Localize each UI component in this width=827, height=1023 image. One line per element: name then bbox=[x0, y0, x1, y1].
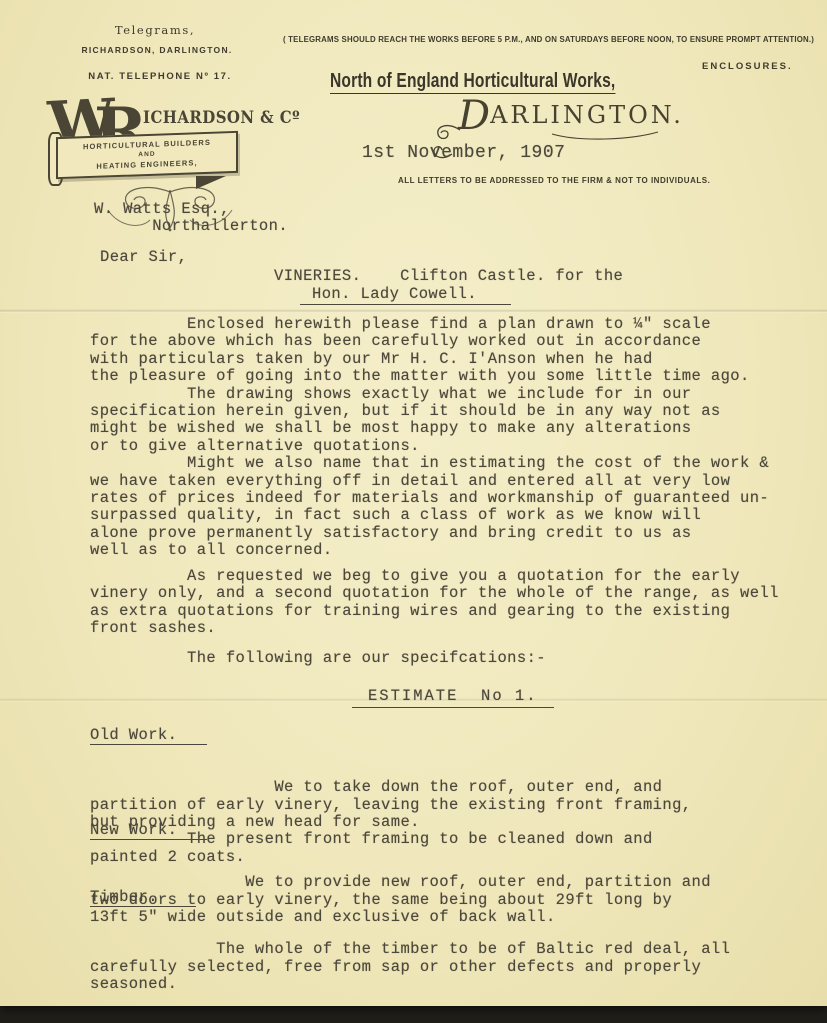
body-paragraph-quotation: As requested we beg to give you a quotat… bbox=[90, 568, 779, 638]
city-name: DARLINGTON. bbox=[458, 98, 684, 134]
city-underline-flourish-icon bbox=[550, 128, 660, 142]
body-paragraphs-1: Enclosed herewith please find a plan dra… bbox=[90, 316, 769, 560]
letters-notice: ALL LETTERS TO BE ADDRESSED TO THE FIRM … bbox=[398, 176, 710, 185]
section-old-work-label: Old Work. bbox=[90, 727, 207, 745]
estimate-heading: ESTIMATE No 1. bbox=[352, 688, 554, 705]
logo-company-name: ICHARDSON & Cº bbox=[143, 108, 300, 128]
specifications-intro: The following are our specifcations:- bbox=[90, 650, 546, 667]
telegrams-address: RICHARDSON, DARLINGTON. bbox=[62, 45, 252, 55]
section-timber-label: Timber. bbox=[90, 889, 196, 907]
letter-date: 1st November, 1907 bbox=[362, 145, 565, 162]
enclosures-label: ENCLOSURES. bbox=[702, 61, 793, 72]
dispatch-notice: ( TELEGRAMS SHOULD REACH THE WORKS BEFOR… bbox=[283, 35, 783, 44]
works-title: North of England Horticultural Works, bbox=[330, 70, 615, 93]
subject-line2: Hon. Lady Cowell. bbox=[300, 286, 511, 303]
salutation: Dear Sir, bbox=[100, 249, 187, 266]
section-timber: Timber. The whole of the timber to be of… bbox=[90, 889, 730, 1023]
logo-banner: HORTICULTURAL BUILDERS AND HEATING ENGIN… bbox=[56, 131, 238, 179]
city-rest: ARLINGTON. bbox=[490, 101, 684, 129]
section-timber-text: The whole of the timber to be of Baltic … bbox=[90, 941, 730, 993]
letter-paper: Telegrams, RICHARDSON, DARLINGTON. NAT. … bbox=[0, 0, 827, 1006]
scan-background: Telegrams, RICHARDSON, DARLINGTON. NAT. … bbox=[0, 0, 827, 1023]
subject-line1: VINERIES. Clifton Castle. for the bbox=[274, 268, 623, 285]
telegrams-label: Telegrams, bbox=[100, 23, 210, 37]
paper-crease bbox=[0, 309, 827, 313]
addressee-block: W. Watts Esq., Northallerton. bbox=[94, 201, 288, 236]
section-new-work-label: New Work. bbox=[90, 822, 207, 840]
telephone-number: NAT. TELEPHONE Nº 17. bbox=[70, 71, 250, 82]
